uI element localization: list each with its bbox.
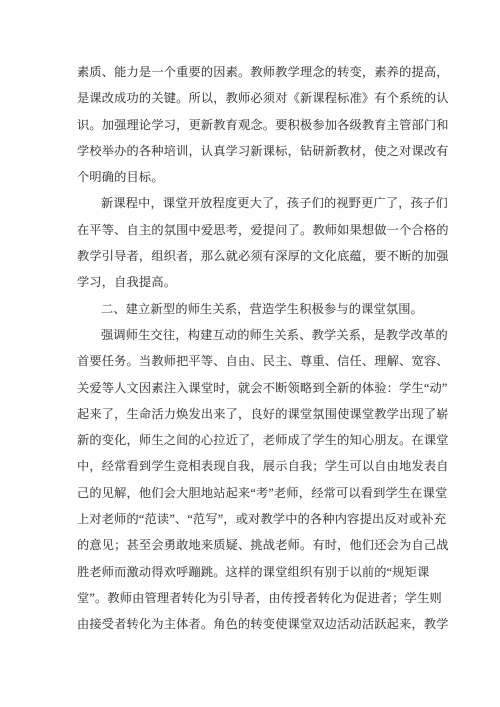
text-line: 素质、能力是一个重要的因素。教师教学理念的转变，素养的提高， (77, 59, 425, 85)
text-line: 教学引导者，组织者，那么就必须有深厚的文化底蕴，要不断的加强 (77, 243, 425, 269)
text-line: 首要任务。当教师把平等、自由、民主、尊重、信任、理解、宽容、 (77, 348, 425, 374)
text-line: 己的见解，他们会大胆地站起来“考”老师，经常可以看到学生在课堂 (77, 480, 425, 506)
text-line: 学校举办的各种培训，认真学习新课标，钻研新教材，使之对课改有 (77, 138, 425, 164)
text-line: 新的变化，师生之间的心拉近了，老师成了学生的知心朋友。在课堂 (77, 427, 425, 453)
text-line: 起来了，生命活力焕发出来了，良好的课堂氛围使课堂教学出现了崭 (77, 401, 425, 427)
text-line: 上对老师的“范读”、“范写”，或对教学中的各种内容提出反对或补充 (77, 506, 425, 532)
text-line: 由接受者转化为主体者。角色的转变使课堂双边活动活跃起来，教学 (77, 611, 425, 637)
text-line: 识。加强理论学习，更新教育观念。要积极参加各级教育主管部门和 (77, 112, 425, 138)
text-line: 在平等、自主的氛围中爱思考，爱提问了。教师如果想做一个合格的 (77, 217, 425, 243)
text-line: 新课程中，课堂开放程度更大了，孩子们的视野更广了，孩子们 (77, 190, 425, 216)
document-page: 素质、能力是一个重要的因素。教师教学理念的转变，素养的提高， 是课改成功的关键。… (0, 0, 500, 707)
text-line: 堂”。教师由管理者转化为引导者，由传授者转化为促进者；学生则 (77, 585, 425, 611)
text-line: 个明确的目标。 (77, 164, 425, 190)
text-line: 二、建立新型的师生关系，营造学生积极参与的课堂氛围。 (77, 296, 425, 322)
text-line: 是课改成功的关键。所以，教师必须对《新课程标准》有个系统的认 (77, 85, 425, 111)
text-line: 胜老师而激动得欢呼蹦跳。这样的课堂组织有别于以前的“规矩课 (77, 559, 425, 585)
text-line: 关爱等人文因素注入课堂时，就会不断领略到全新的体验：学生“动” (77, 375, 425, 401)
text-line: 的意见；甚至会勇敢地来质疑、挑战老师。有时，他们还会为自己战 (77, 532, 425, 558)
text-line: 强调师生交往，构建互动的师生关系、教学关系，是教学改革的 (77, 322, 425, 348)
text-line: 学习，自我提高。 (77, 269, 425, 295)
document-text-block: 素质、能力是一个重要的因素。教师教学理念的转变，素养的提高， 是课改成功的关键。… (77, 59, 425, 638)
text-line: 中，经常看到学生竞相表现自我，展示自我；学生可以自由地发表自 (77, 453, 425, 479)
